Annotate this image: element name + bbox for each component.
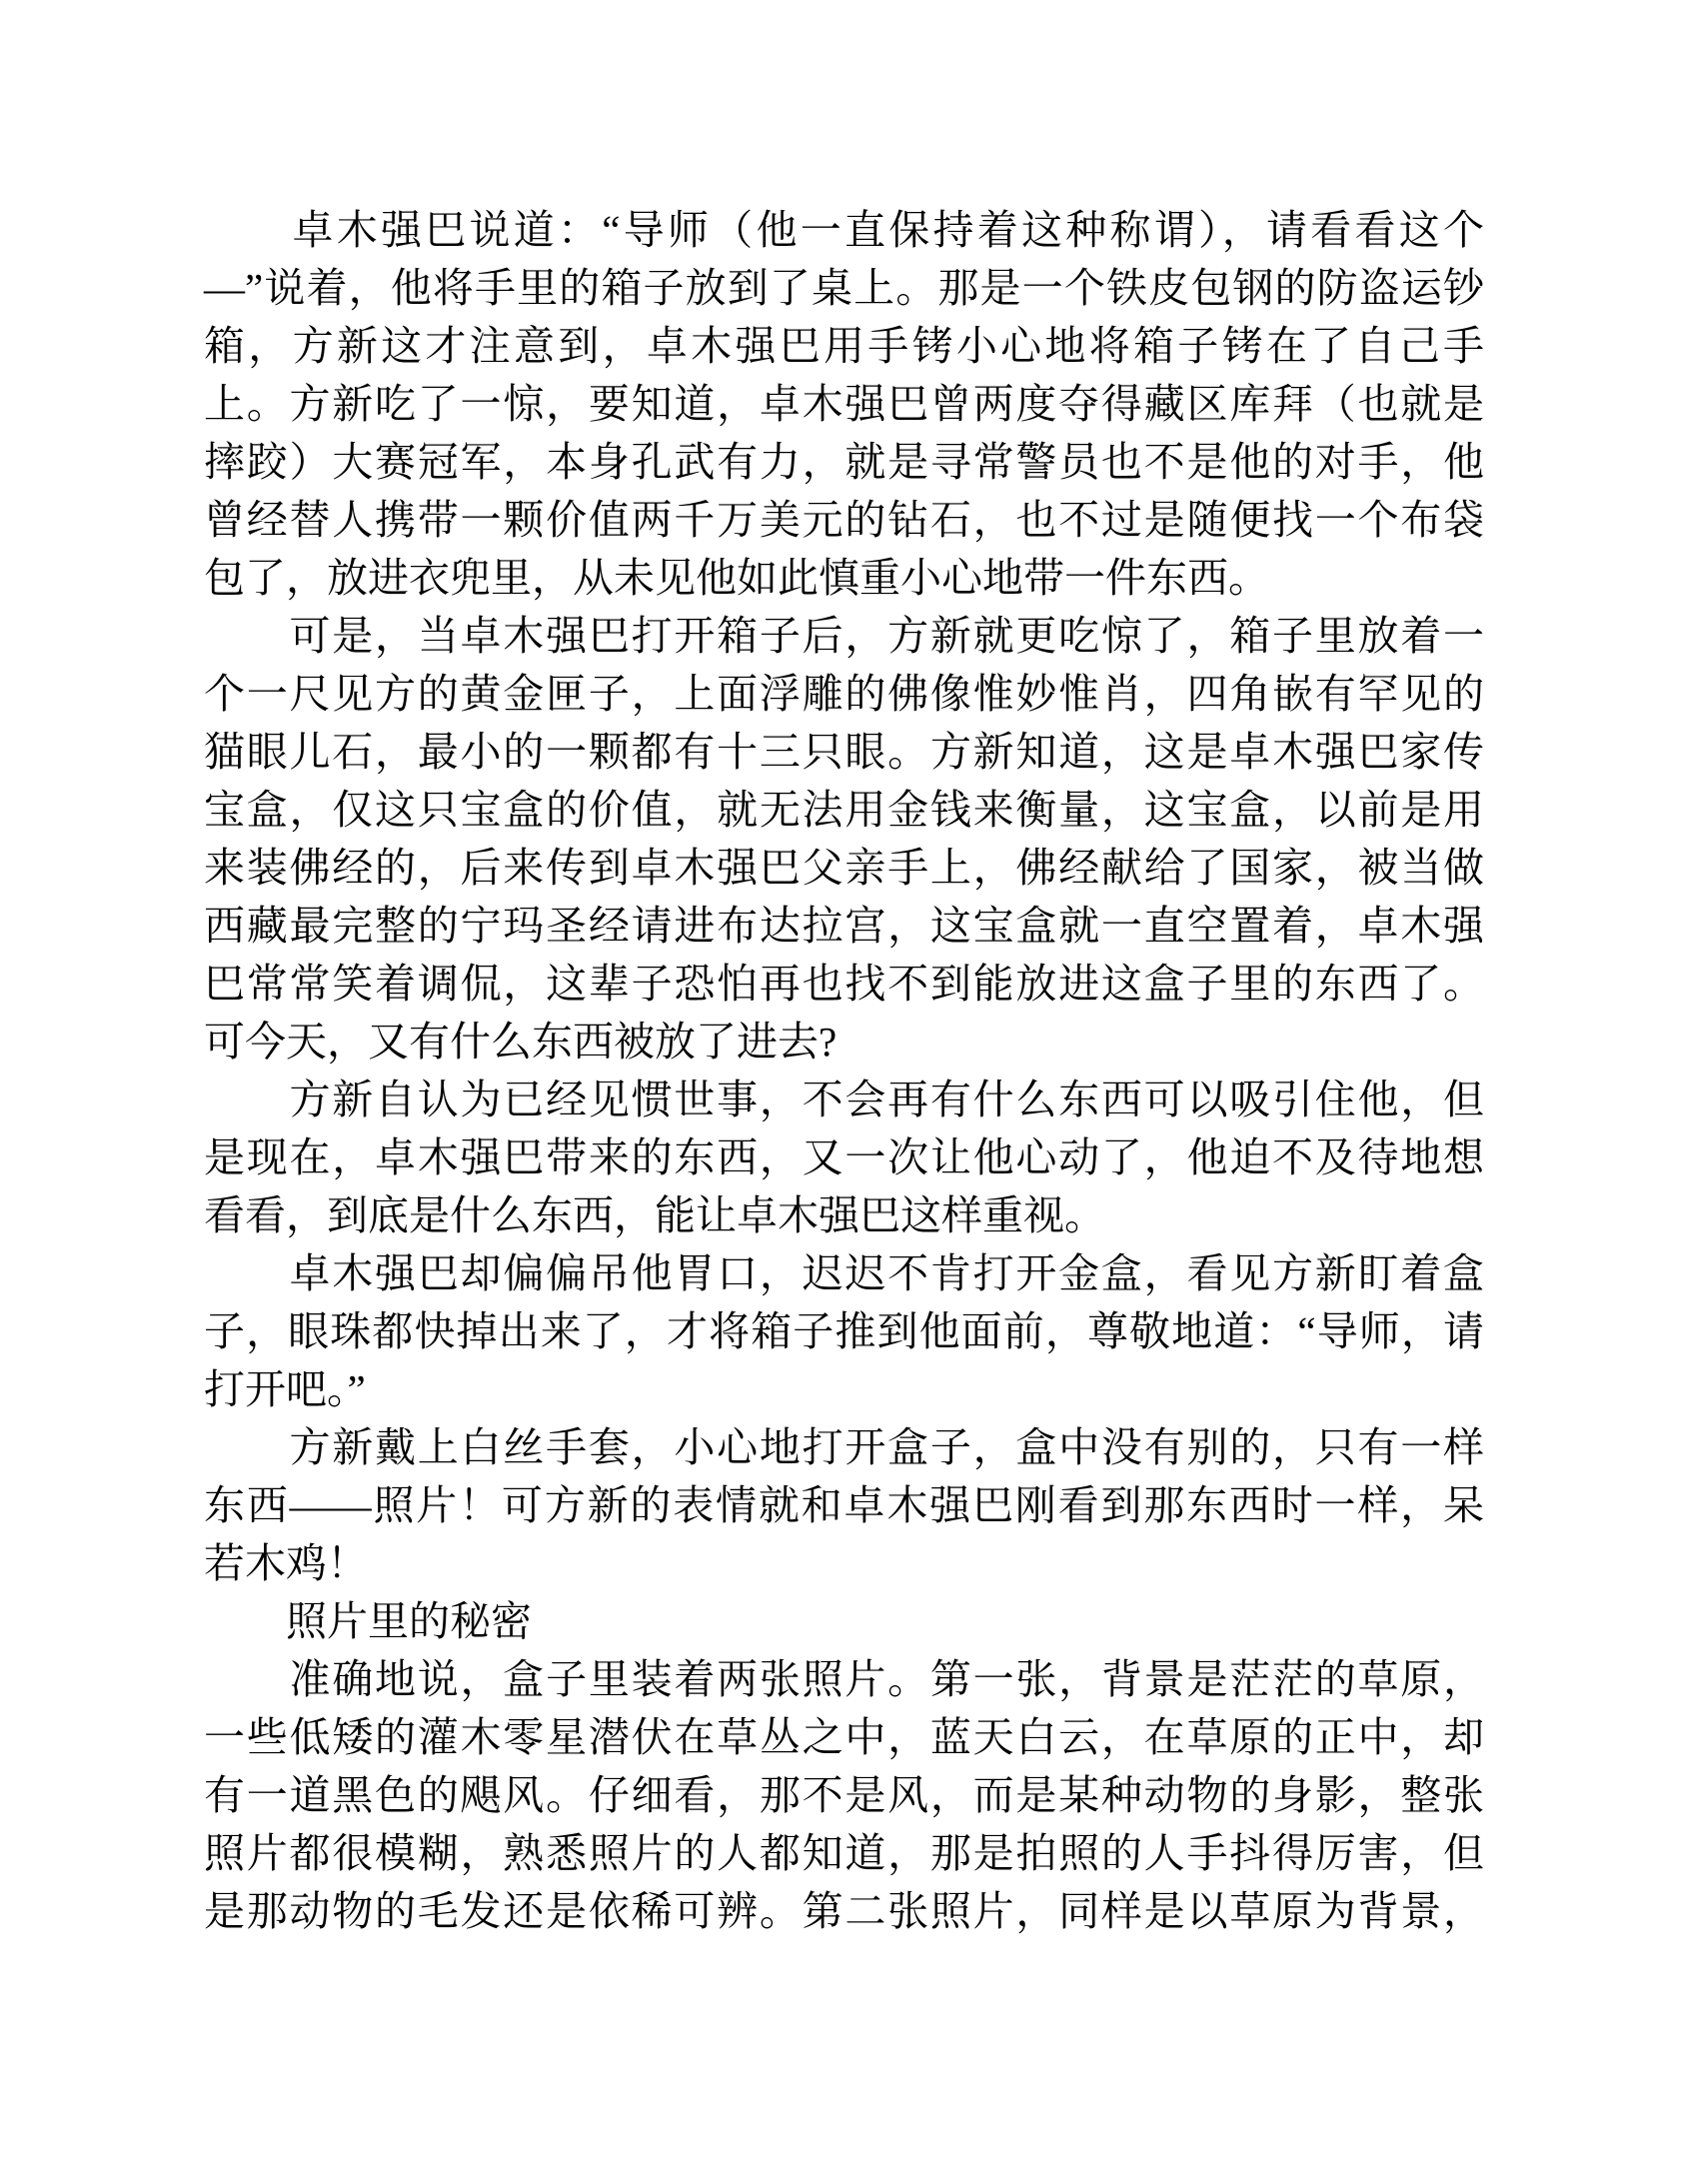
section-heading-line: 照片里的秘密 — [204, 1592, 1484, 1650]
text-line: 方新戴上白丝手套，小心地打开盒子，盒中没有别的，只有一样 — [204, 1418, 1484, 1476]
text-line: 照片都很模糊，熟悉照片的人都知道，那是拍照的人手抖得厉害，但 — [204, 1824, 1484, 1882]
text-line: —”说着，他将手里的箱子放到了桌上。那是一个铁皮包钢的防盗运钞 — [204, 259, 1484, 317]
text-line: 曾经替人携带一颗价值两千万美元的钻石，也不过是随便找一个布袋 — [204, 491, 1484, 549]
text-line: 准确地说，盒子里装着两张照片。第一张，背景是茫茫的草原， — [204, 1650, 1484, 1708]
text-line: 卓木强巴却偏偏吊他胃口，迟迟不肯打开金盒，看见方新盯着盒 — [204, 1244, 1484, 1302]
text-line: 是现在，卓木强巴带来的东西，又一次让他心动了，他迫不及待地想 — [204, 1128, 1484, 1186]
text-line: 子，眼珠都快掉出来了，才将箱子推到他面前，尊敬地道：“导师，请 — [204, 1302, 1484, 1360]
text-line: 宝盒，仅这只宝盒的价值，就无法用金钱来衡量，这宝盒，以前是用 — [204, 781, 1484, 839]
text-line: 东西——照片！可方新的表情就和卓木强巴刚看到那东西时一样，呆 — [204, 1476, 1484, 1534]
text-line: 箱，方新这才注意到，卓木强巴用手铐小心地将箱子铐在了自己手 — [204, 317, 1484, 375]
text-line: 猫眼儿石，最小的一颗都有十三只眼。方新知道，这是卓木强巴家传 — [204, 723, 1484, 781]
text-line: 上。方新吃了一惊，要知道，卓木强巴曾两度夺得藏区库拜（也就是 — [204, 375, 1484, 433]
text-line: 打开吧。” — [204, 1360, 1484, 1418]
text-line: 方新自认为已经见惯世事，不会再有什么东西可以吸引住他，但 — [204, 1071, 1484, 1128]
text-line: 有一道黑色的飓风。仔细看，那不是风，而是某种动物的身影，整张 — [204, 1766, 1484, 1824]
text-line: 包了，放进衣兜里，从未见他如此慎重小心地带一件东西。 — [204, 549, 1484, 607]
text-line: 一些低矮的灌木零星潜伏在草丛之中，蓝天白云，在草原的正中，却 — [204, 1708, 1484, 1766]
text-line: 看看，到底是什么东西，能让卓木强巴这样重视。 — [204, 1186, 1484, 1244]
text-line: 西藏最完整的宁玛圣经请进布达拉宫，这宝盒就一直空置着，卓木强 — [204, 897, 1484, 955]
text-line: 可今天，又有什么东西被放了进去? — [204, 1013, 1484, 1071]
text-line: 若木鸡！ — [204, 1534, 1484, 1592]
text-line: 是那动物的毛发还是依稀可辨。第二张照片，同样是以草原为背景， — [204, 1882, 1484, 1940]
text-line: 来装佛经的，后来传到卓木强巴父亲手上，佛经献给了国家，被当做 — [204, 839, 1484, 897]
text-line: 可是，当卓木强巴打开箱子后，方新就更吃惊了，箱子里放着一 — [204, 607, 1484, 665]
text-line: 摔跤）大赛冠军，本身孔武有力，就是寻常警员也不是他的对手，他 — [204, 433, 1484, 491]
text-line: 个一尺见方的黄金匣子，上面浮雕的佛像惟妙惟肖，四角嵌有罕见的 — [204, 665, 1484, 723]
text-line: 巴常常笑着调侃，这辈子恐怕再也找不到能放进这盒子里的东西了。 — [204, 955, 1484, 1013]
text-line: 卓木强巴说道：“导师（他一直保持着这种称谓），请看看这个 — [204, 201, 1484, 259]
document-page: 卓木强巴说道：“导师（他一直保持着这种称谓），请看看这个 —”说着，他将手里的箱… — [0, 0, 1687, 2184]
body-text: 卓木强巴说道：“导师（他一直保持着这种称谓），请看看这个 —”说着，他将手里的箱… — [204, 201, 1484, 1940]
